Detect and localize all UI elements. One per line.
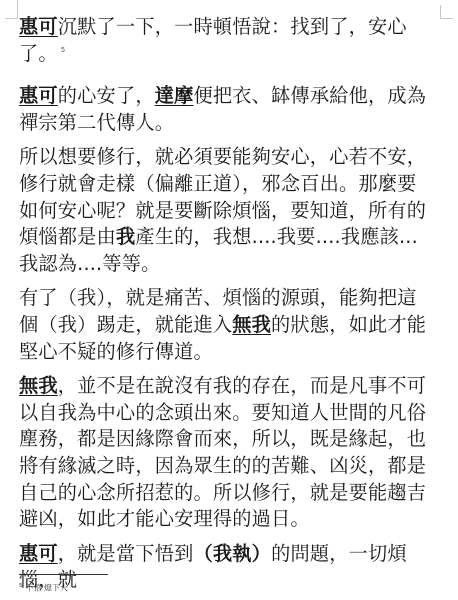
text-segment: ，並不是在說沒有我的存在，而是凡事不可以自我為中心的念頭出來。要知道人世間的凡俗… (19, 374, 426, 530)
text-segment: 的心安了， (58, 84, 155, 107)
emphasis-ego-attachment: （我執） (194, 542, 272, 565)
name-huike: 惠可 (19, 84, 58, 107)
text-segment: ，就是當下悟到 (58, 542, 194, 565)
paragraph-3: 所以想要修行，就必須要能夠安心，心若不安，修行就會走樣（偏離正道），邪念百出。那… (19, 144, 435, 277)
paragraph-5: 無我，並不是在說沒有我的存在，而是凡事不可以自我為中心的念頭出來。要知道人世間的… (19, 373, 435, 533)
paragraph-6: 惠可，就是當下悟到（我執）的問題，一切煩惱，就 (19, 541, 435, 594)
name-huike: 惠可 (19, 15, 58, 38)
text-segment: 沉默了一下，一時頓悟說：找到了，安心了。 (19, 15, 407, 65)
paragraph-2: 惠可的心安了，達摩便把衣、缽傳承給他，成為禪宗第二代傳人。 (19, 83, 435, 136)
footnote-text: 不悟 燈下人 (26, 584, 69, 593)
crop-mark-top-right (440, 5, 453, 19)
term-no-self: 無我 (19, 374, 58, 397)
footnote-reference[interactable]: 5 (61, 46, 66, 54)
footnote-separator (19, 574, 108, 575)
term-no-self: 無我 (232, 313, 271, 336)
footnote: 5不悟 燈下人 (19, 580, 68, 595)
footnote-number: 5 (19, 583, 23, 589)
paragraph-1: 惠可沉默了一下，一時頓悟說：找到了，安心了。5 (19, 14, 435, 67)
paragraph-4: 有了（我），就是痛苦、煩惱的源頭，能夠把這個（我）踢走，就能進入無我的狀態，如此… (19, 285, 435, 365)
name-huike: 惠可 (19, 542, 58, 565)
name-bodhidharma: 達摩 (155, 84, 194, 107)
emphasis-self: 我 (116, 225, 135, 248)
crop-mark-top-left (5, 0, 18, 19)
document-body: 惠可沉默了一下，一時頓悟說：找到了，安心了。5 惠可的心安了，達摩便把衣、缽傳承… (19, 14, 435, 600)
